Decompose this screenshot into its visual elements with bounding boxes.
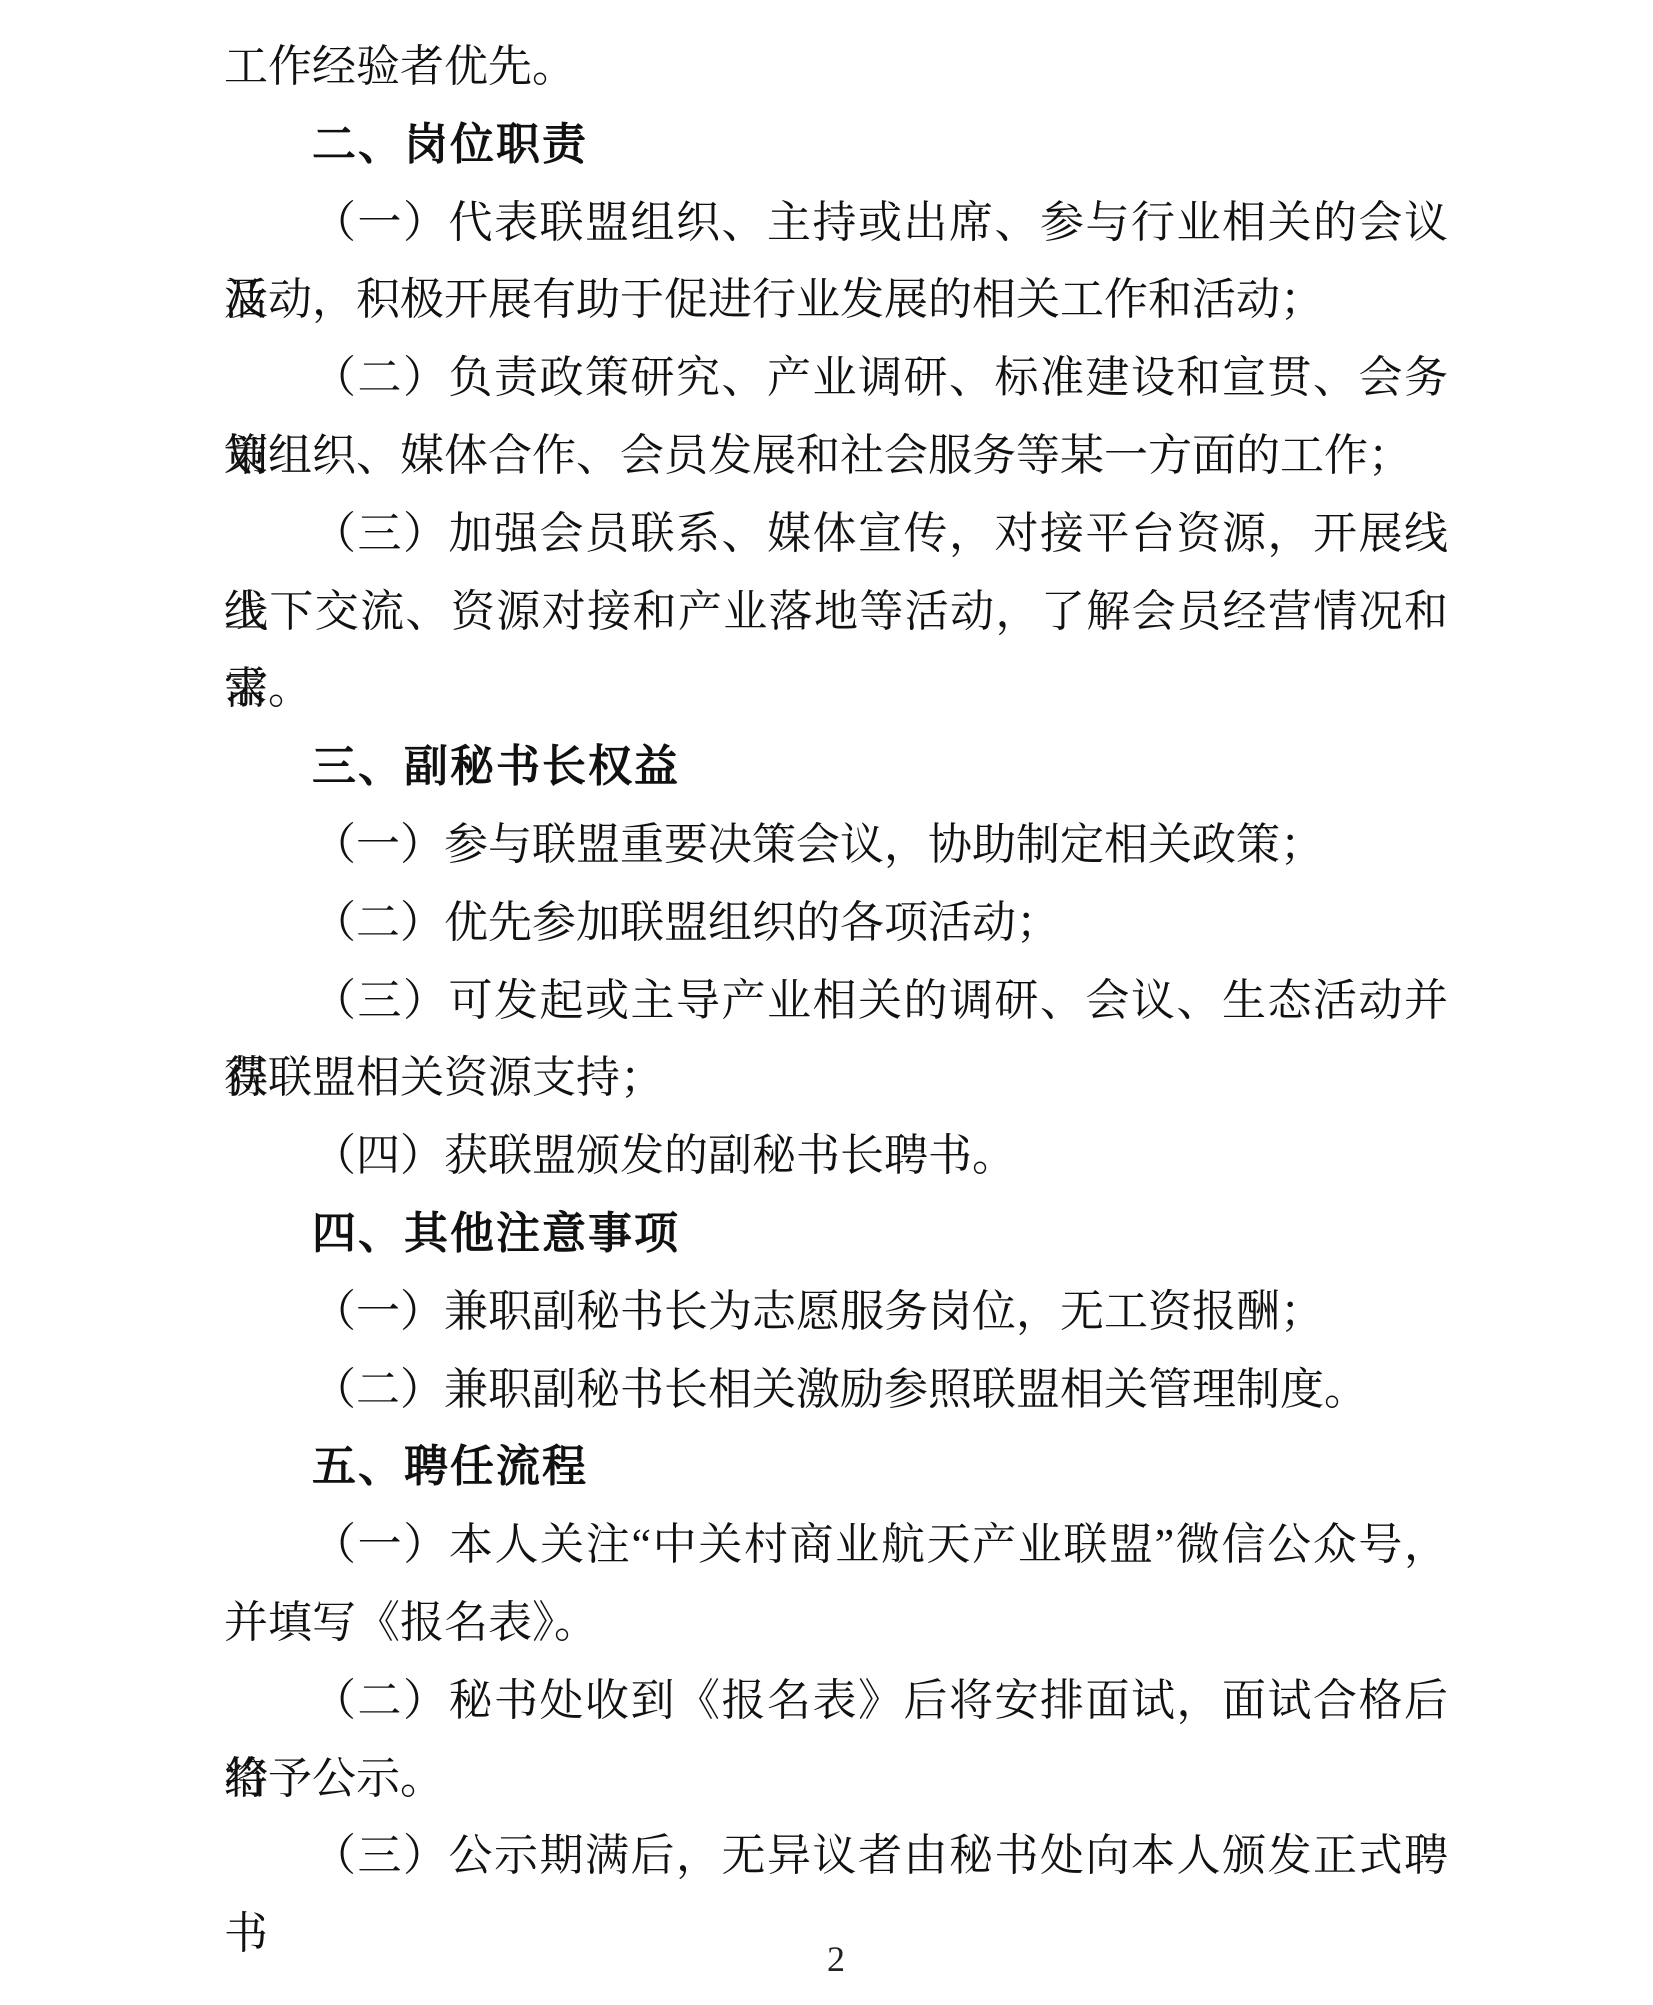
text-line: （一）参与联盟重要决策会议，协助制定相关政策； <box>224 806 1448 884</box>
text-line: 得联盟相关资源支持； <box>224 1039 1448 1117</box>
text-line: （三）公示期满后，无异议者由秘书处向本人颁发正式聘书 <box>224 1817 1448 1895</box>
text-line: （二）负责政策研究、产业调研、标准建设和宣贯、会务策 <box>224 339 1448 417</box>
text-line: （一）代表联盟组织、主持或出席、参与行业相关的会议及 <box>224 184 1448 262</box>
text-line: （一）本人关注“中关村商业航天产业联盟”微信公众号， <box>224 1506 1448 1584</box>
section-heading: 三、副秘书长权益 <box>224 728 1448 806</box>
document-page: 工作经验者优先。二、岗位职责（一）代表联盟组织、主持或出席、参与行业相关的会议及… <box>0 0 1653 2005</box>
text-line: （二）优先参加联盟组织的各项活动； <box>224 884 1448 962</box>
text-line: 工作经验者优先。 <box>224 28 1448 106</box>
text-line: （二）兼职副秘书长相关激励参照联盟相关管理制度。 <box>224 1351 1448 1429</box>
text-line: 划组织、媒体合作、会员发展和社会服务等某一方面的工作； <box>224 417 1448 495</box>
section-heading: 二、岗位职责 <box>224 106 1448 184</box>
text-line: （三）可发起或主导产业相关的调研、会议、生态活动并获 <box>224 962 1448 1040</box>
text-line: （三）加强会员联系、媒体宣传，对接平台资源，开展线上 <box>224 495 1448 573</box>
section-heading: 五、聘任流程 <box>224 1428 1448 1506</box>
text-line: 并填写《报名表》。 <box>224 1584 1448 1662</box>
page-number: 2 <box>224 1938 1448 1980</box>
text-line: 给予公示。 <box>224 1740 1448 1818</box>
section-heading: 四、其他注意事项 <box>224 1195 1448 1273</box>
text-line: 求。 <box>224 650 1448 728</box>
text-line: 线下交流、资源对接和产业落地等活动，了解会员经营情况和需 <box>224 573 1448 651</box>
document-body: 工作经验者优先。二、岗位职责（一）代表联盟组织、主持或出席、参与行业相关的会议及… <box>224 28 1448 1895</box>
text-line: （二）秘书处收到《报名表》后将安排面试，面试合格后将 <box>224 1662 1448 1740</box>
text-line: （一）兼职副秘书长为志愿服务岗位，无工资报酬； <box>224 1273 1448 1351</box>
text-line: 活动，积极开展有助于促进行业发展的相关工作和活动； <box>224 261 1448 339</box>
text-line: （四）获联盟颁发的副秘书长聘书。 <box>224 1117 1448 1195</box>
